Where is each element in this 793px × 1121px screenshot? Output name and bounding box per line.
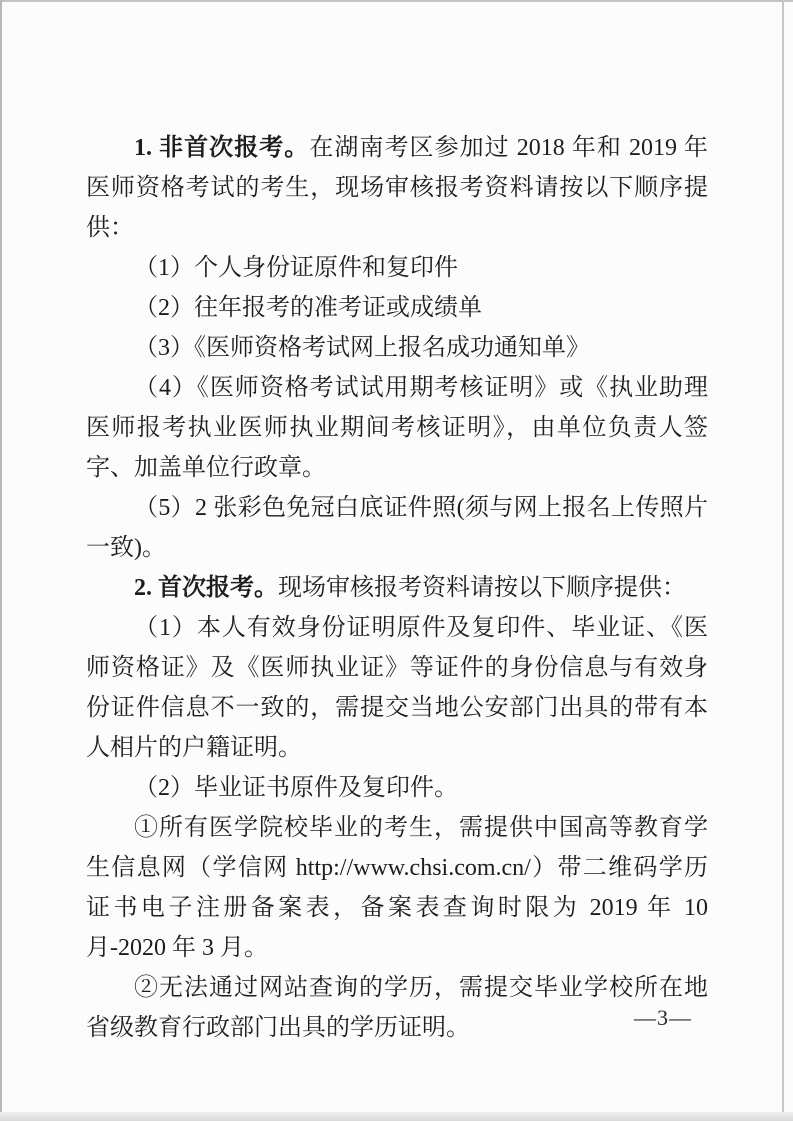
paragraph: ②无法通过网站查询的学历，需提交毕业学校所在地省级教育行政部门出具的学历证明。 [86,968,708,1048]
paragraph: （4）《医师资格考试试用期考核证明》或《执业助理医师报考执业医师执业期间考核证明… [86,368,708,488]
paragraph: （2）毕业证书原件及复印件。 [86,768,708,808]
paragraph: ①所有医学院校毕业的考生，需提供中国高等教育学生信息网（学信网 http://w… [86,808,708,968]
paragraph-text: 现场审核报考资料请按以下顺序提供： [278,575,686,601]
paragraph: 2. 首次报考。现场审核报考资料请按以下顺序提供： [86,568,708,608]
page-number: —3— [634,1006,692,1030]
scan-edge-left [0,0,2,1121]
paragraph-text: ①所有医学院校毕业的考生，需提供中国高等教育学生信息网（学信网 http://w… [86,815,708,961]
document-body: 1. 非首次报考。在湖南考区参加过 2018 年和 2019 年医师资格考试的考… [86,128,708,1048]
paragraph-text: （2）往年报考的准考证或成绩单 [134,295,482,321]
paragraph-text: （3）《医师资格考试网上报名成功通知单》 [134,335,590,361]
paragraph-text: ②无法通过网站查询的学历，需提交毕业学校所在地省级教育行政部门出具的学历证明。 [86,975,708,1041]
paragraph-lead: 2. 首次报考。 [134,575,278,601]
scan-edge-bottom [0,1112,793,1121]
paragraph-text: （1）个人身份证原件和复印件 [134,255,458,281]
paragraph: （1）个人身份证原件和复印件 [86,248,708,288]
paragraph: （2）往年报考的准考证或成绩单 [86,288,708,328]
paragraph-text: （4）《医师资格考试试用期考核证明》或《执业助理医师报考执业医师执业期间考核证明… [86,375,708,481]
paragraph-text: （2）毕业证书原件及复印件。 [134,775,458,801]
paragraph: （5）2 张彩色免冠白底证件照(须与网上报名上传照片一致)。 [86,488,708,568]
paragraph: （3）《医师资格考试网上报名成功通知单》 [86,328,708,368]
scan-edge-right [782,0,784,1121]
paragraph-lead: 1. 非首次报考。 [134,135,309,161]
paragraph: 1. 非首次报考。在湖南考区参加过 2018 年和 2019 年医师资格考试的考… [86,128,708,248]
paragraph-text: （5）2 张彩色免冠白底证件照(须与网上报名上传照片一致)。 [86,495,708,561]
paragraph: （1）本人有效身份证明原件及复印件、毕业证、《医师资格证》及《医师执业证》等证件… [86,608,708,768]
paragraph-text: （1）本人有效身份证明原件及复印件、毕业证、《医师资格证》及《医师执业证》等证件… [86,615,708,761]
scanned-document-page: 1. 非首次报考。在湖南考区参加过 2018 年和 2019 年医师资格考试的考… [0,0,793,1121]
scan-edge-top [0,0,793,2]
